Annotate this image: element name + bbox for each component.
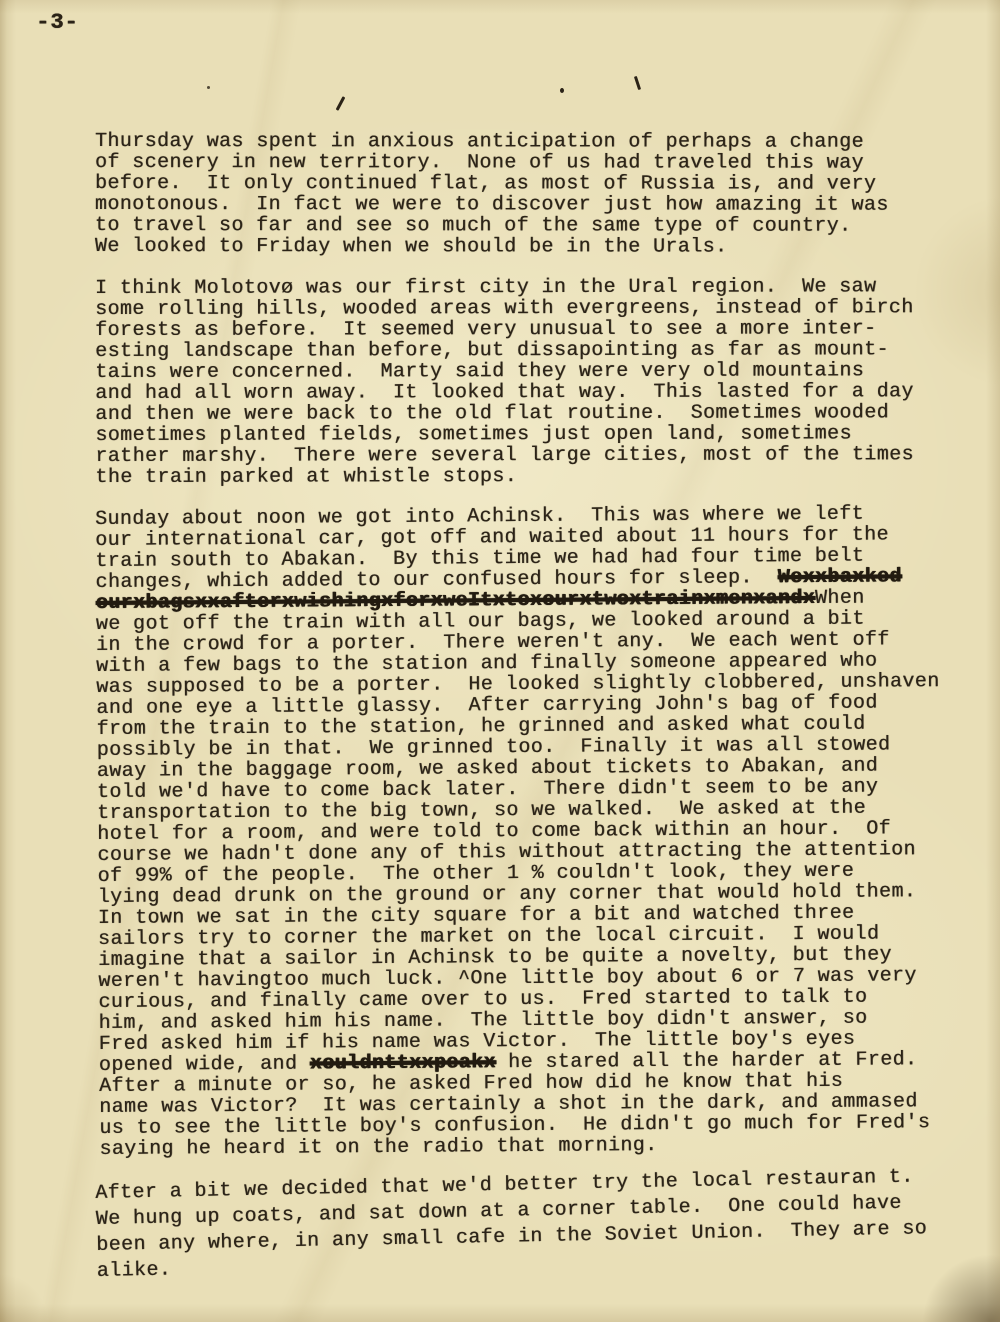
page-body: Thursday was spent in anxious anticipati… [95, 131, 980, 1306]
paragraph-local-restaurant: After a bit we decided that we'd better … [95, 1163, 982, 1285]
page-number: -3- [36, 10, 79, 35]
paragraph-thursday-anticipation: Thursday was spent in anxious anticipati… [95, 131, 980, 258]
ink-speck [207, 86, 210, 89]
typewritten-page: -3- Thursday was spent in anxious antici… [0, 0, 1000, 1322]
stray-ink-stroke-2 [634, 76, 641, 90]
paragraph-achinsk-arrival: Sunday about noon we got into Achinsk. T… [95, 503, 985, 1160]
stray-ink-stroke [336, 96, 346, 111]
ink-dot [560, 88, 564, 93]
paragraph-molotov-urals: I think Molotovø was our first city in t… [95, 276, 980, 488]
